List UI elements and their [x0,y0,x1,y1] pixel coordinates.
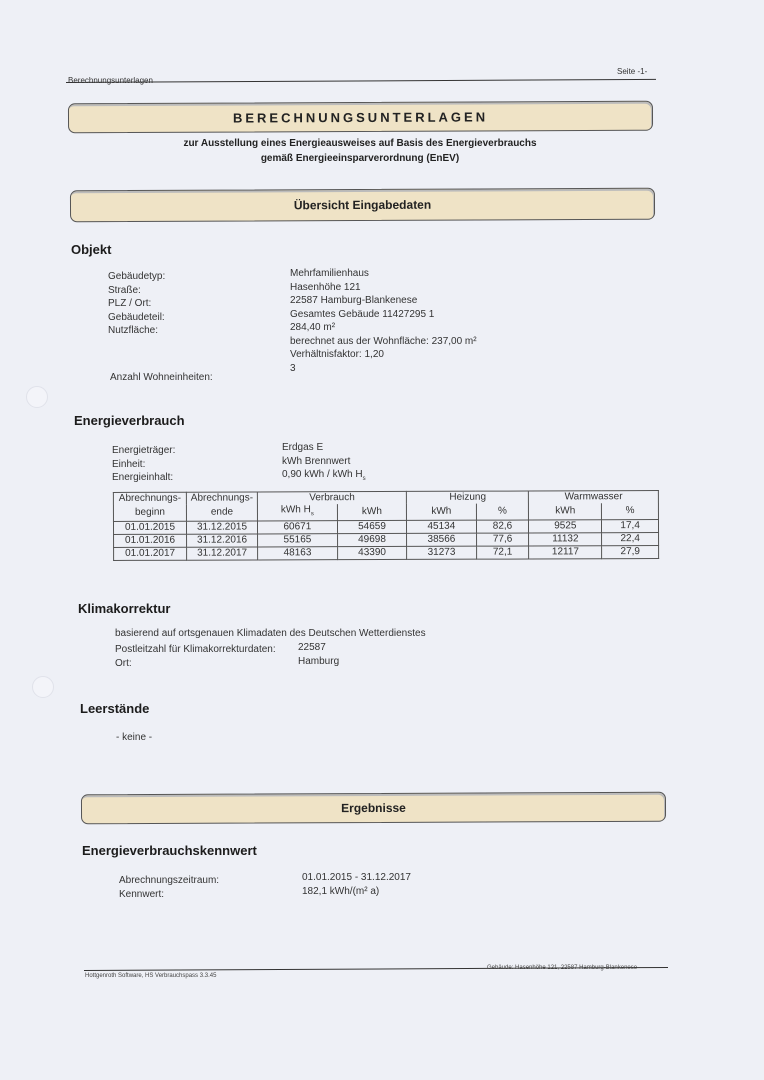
footer-right: Gebäude: Hasenhöhe 121, 22587 Hamburg-Bl… [487,965,637,971]
energieinhalt-sub: s [363,476,366,482]
cell-kwh-hs: 55165 [258,534,338,547]
label-plz-ort: PLZ / Ort: [108,297,165,311]
cell-kwh-hs: 48163 [258,547,338,560]
objekt-labels: Gebäudetyp: Straße: PLZ / Ort: Gebäudete… [108,270,165,338]
cell-ende: 31.12.2016 [187,534,258,547]
footer-left: Hottgenroth Software, HS Verbrauchspass … [85,973,216,979]
value-wohnflaeche: berechnet aus der Wohnfläche: 237,00 m² [290,335,477,349]
label-klima-ort: Ort: [115,657,132,671]
th-kwh-hs-text: kWh H [281,504,311,515]
value-wohneinheiten: 3 [290,362,477,376]
cell-kwh-hs: 60671 [257,521,337,534]
th-verbrauch: Verbrauch [257,491,406,504]
th-heiz-kwh: kWh [407,504,476,521]
cell-beginn: 01.01.2017 [114,547,187,560]
cell-ww-pct: 17,4 [602,520,659,533]
overview-band: Übersicht Eingabedaten [70,188,655,223]
value-energieinhalt: 0,90 kWh / kWh Hs [282,468,366,487]
label-energieinhalt: Energieinhalt: [112,471,175,485]
objekt-values: Mehrfamilienhaus Hasenhöhe 121 22587 Ham… [290,267,477,375]
punch-hole-bottom [32,676,54,698]
cell-kwh: 49698 [337,533,406,546]
value-zeitraum: 01.01.2015 - 31.12.2017 [302,871,411,885]
cell-ww-pct: 22,4 [602,533,659,546]
cell-heiz-kwh: 31273 [407,546,476,559]
subtitle-line2: gemäß Energieeinsparverordnung (EnEV) [160,151,560,166]
value-energietraeger: Erdgas E [282,441,366,455]
value-klima-ort: Hamburg [298,655,339,669]
consumption-table: Abrechnungs- Abrechnungs- Verbrauch Heiz… [113,490,659,561]
label-kennwert: Kennwert: [119,888,164,902]
value-gebaeudetyp: Mehrfamilienhaus [290,267,477,281]
table-row: 01.01.2017 31.12.2017 48163 43390 31273 … [114,546,659,561]
cell-ende: 31.12.2015 [186,521,257,534]
cell-ww-kwh: 9525 [529,520,602,533]
subtitle: zur Ausstellung eines Energieausweises a… [160,136,560,166]
label-gebaeudetyp: Gebäudetyp: [108,270,165,284]
cell-ww-pct: 27,9 [602,546,659,559]
cell-heiz-pct: 82,6 [476,520,529,533]
klima-title: Klimakorrektur [78,601,170,616]
table-header-row-2: beginn ende kWh Hs kWh kWh % kWh % [113,503,658,521]
header-page-number: Seite -1- [617,67,647,76]
cell-ende: 31.12.2017 [187,547,258,560]
th-beginn: Abrechnungs- [113,492,186,505]
value-gebaeudeteil: Gesamtes Gebäude 11427295 1 [290,308,477,322]
value-kennwert: 182,1 kWh/(m² a) [302,885,379,899]
leerstaende-value: - keine - [116,731,152,745]
cell-heiz-kwh: 45134 [407,520,476,533]
cell-ww-kwh: 12117 [529,546,602,559]
leerstaende-title: Leerstände [80,701,149,716]
label-wohneinheiten: Anzahl Wohneinheiten: [110,371,213,385]
table-row: 01.01.2016 31.12.2016 55165 49698 38566 … [114,533,659,548]
label-strasse: Straße: [108,284,165,298]
th-ende: Abrechnungs- [186,492,257,505]
table-header-row-1: Abrechnungs- Abrechnungs- Verbrauch Heiz… [113,491,658,505]
cell-heiz-kwh: 38566 [407,533,476,546]
subtitle-line1: zur Ausstellung eines Energieausweises a… [160,136,560,151]
label-einheit: Einheit: [112,458,175,472]
value-nutzflaeche: 284,40 m² [290,321,477,335]
th-kwh-hs: kWh Hs [257,504,337,521]
title-text: BERECHNUNGSUNTERLAGEN [233,109,488,125]
cell-heiz-pct: 77,6 [476,533,529,546]
energieverbrauch-title: Energieverbrauch [74,413,185,428]
cell-beginn: 01.01.2016 [114,534,187,547]
value-klima-plz: 22587 [298,641,326,655]
header-left: Berechnungsunterlagen [68,76,153,85]
th-ww-pct: % [602,503,659,520]
energie-labels: Energieträger: Einheit: Energieinhalt: [112,444,175,485]
value-plz-ort: 22587 Hamburg-Blankenese [290,294,477,308]
label-gebaeudeteil: Gebäudeteil: [108,311,165,325]
th-heizung: Heizung [407,491,529,504]
label-zeitraum: Abrechnungszeitraum: [119,874,219,888]
cell-kwh: 54659 [337,520,406,533]
klima-text: basierend auf ortsgenauen Klimadaten des… [115,627,426,641]
th-ende-2: ende [186,504,257,521]
label-nutzflaeche: Nutzfläche: [108,324,165,338]
cell-beginn: 01.01.2015 [113,521,186,534]
energieinhalt-text: 0,90 kWh / kWh H [282,469,363,480]
value-strasse: Hasenhöhe 121 [290,281,477,295]
objekt-title: Objekt [71,242,111,257]
results-band-text: Ergebnisse [341,801,406,815]
results-band: Ergebnisse [81,792,666,825]
th-heiz-pct: % [476,504,529,521]
energie-values: Erdgas E kWh Brennwert 0,90 kWh / kWh Hs [282,441,366,487]
cell-kwh: 43390 [337,546,406,559]
title-band: BERECHNUNGSUNTERLAGEN [68,101,653,134]
value-einheit: kWh Brennwert [282,455,366,469]
th-ww-kwh: kWh [529,503,602,520]
th-kwh: kWh [337,504,406,521]
label-energietraeger: Energieträger: [112,444,175,458]
th-warmwasser: Warmwasser [529,491,659,504]
value-verhaeltnisfaktor: Verhältnisfaktor: 1,20 [290,348,477,362]
header-rule [66,79,656,83]
overview-band-text: Übersicht Eingabedaten [294,198,431,213]
cell-heiz-pct: 72,1 [476,546,529,559]
kennwert-title: Energieverbrauchskennwert [82,843,257,858]
label-klima-plz: Postleitzahl für Klimakorrekturdaten: [115,643,276,657]
th-beginn-2: beginn [113,505,186,522]
punch-hole-top [26,386,48,408]
th-kwh-hs-sub: s [311,511,314,517]
cell-ww-kwh: 11132 [529,533,602,546]
document-page: Berechnungsunterlagen Seite -1- BERECHNU… [0,0,764,1080]
